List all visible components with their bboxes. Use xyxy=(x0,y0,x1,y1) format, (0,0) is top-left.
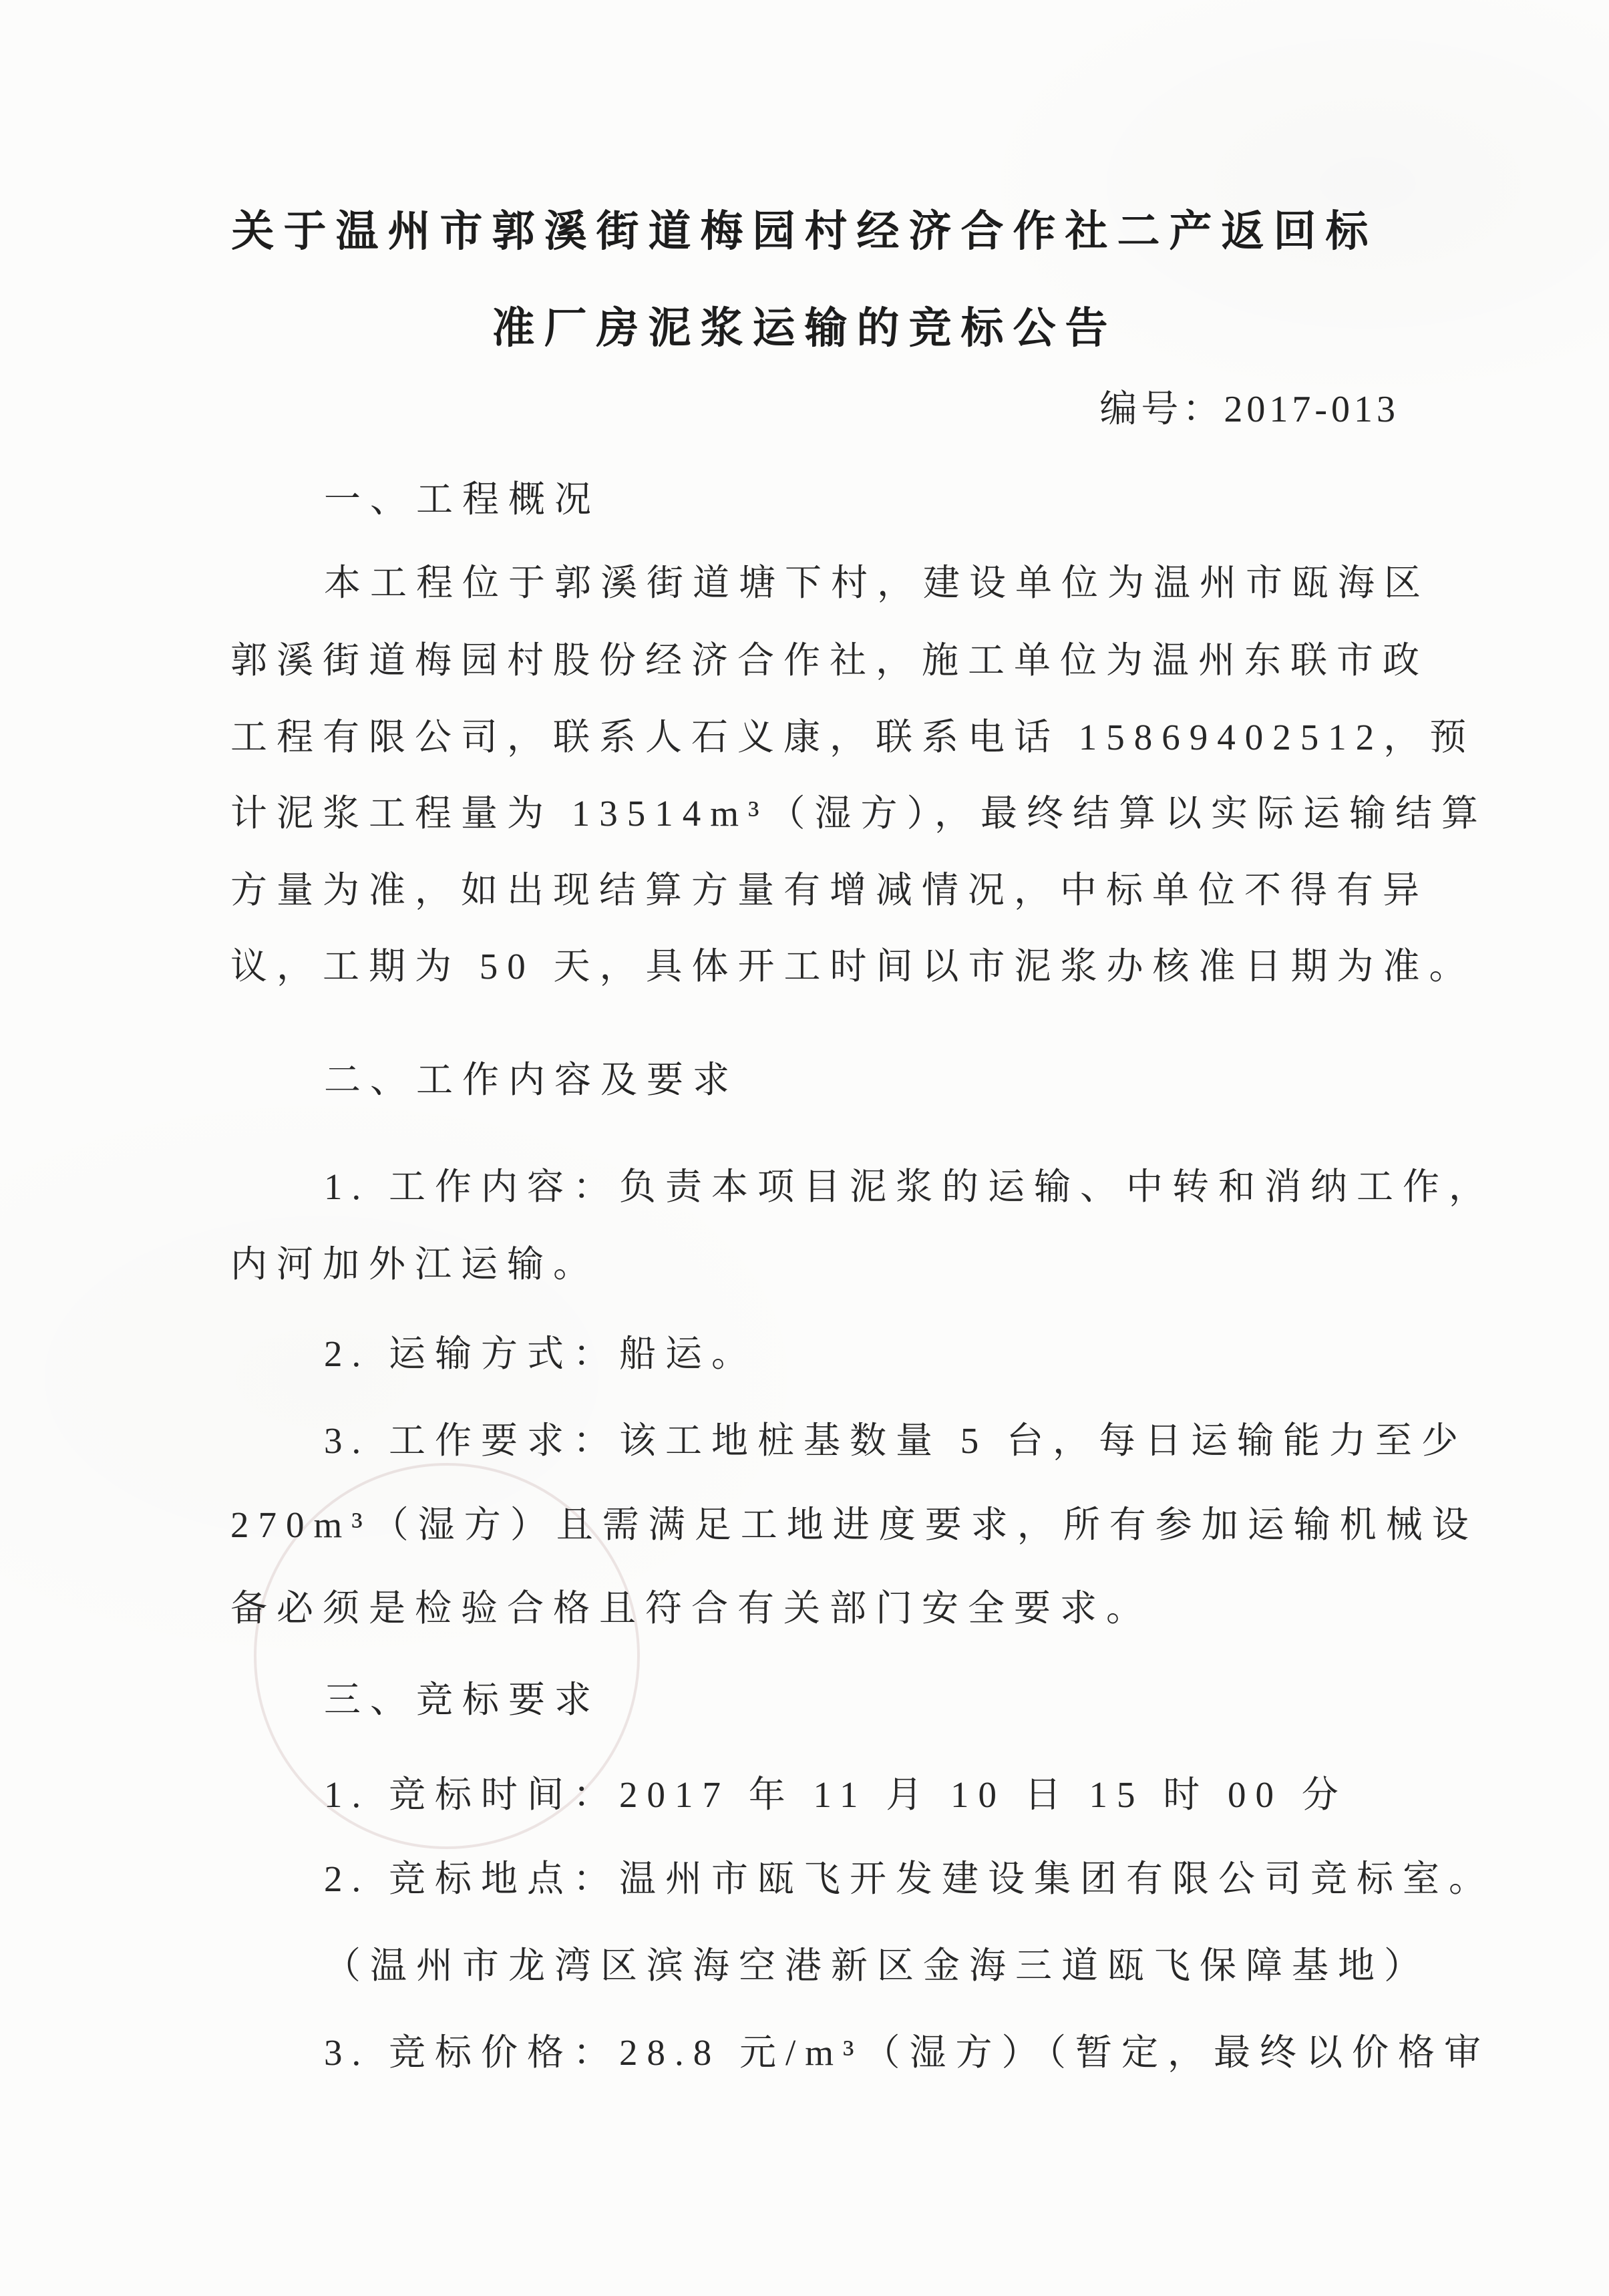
section1-paragraph-line: 计泥浆工程量为 13514m³（湿方），最终结算以实际运输结算 xyxy=(230,784,1487,836)
section1-paragraph-line: 工程有限公司，联系人石义康，联系电话 15869402512，预 xyxy=(230,707,1475,760)
section3-item1-line: 1. 竞标时间：2017 年 11 月 10 日 15 时 00 分 xyxy=(230,1765,1348,1818)
section1-paragraph-line: 方量为准，如出现结算方量有增减情况，中标单位不得有异 xyxy=(230,860,1429,913)
section2-item3-line: 备必须是检验合格且符合有关部门安全要求。 xyxy=(230,1579,1152,1631)
section2-item3-line: 270m³（湿方）且需满足工地进度要求，所有参加运输机械设 xyxy=(230,1495,1478,1548)
section1-paragraph-line: 议，工期为 50 天，具体开工时间以市泥浆办核准日期为准。 xyxy=(230,937,1475,989)
document-number: 编号：2017-013 xyxy=(1099,379,1399,433)
section1-paragraph-line: 本工程位于郭溪街道塘下村，建设单位为温州市瓯海区 xyxy=(230,553,1430,606)
section2-item3-line: 3. 工作要求：该工地桩基数量 5 台，每日运输能力至少 xyxy=(230,1411,1467,1464)
section3-item2-line: 2. 竞标地点：温州市瓯飞开发建设集团有限公司竞标室。 xyxy=(230,1849,1495,1902)
section2-item1-line: 1. 工作内容：负责本项目泥浆的运输、中转和消纳工作， xyxy=(230,1157,1495,1210)
section1-paragraph-line: 郭溪街道梅园村股份经济合作社，施工单位为温州东联市政 xyxy=(230,631,1429,683)
document-title-line-2: 准厂房泥浆运输的竞标公告 xyxy=(0,294,1609,355)
section3-item3-line: 3. 竞标价格：28.8 元/m³（湿方）（暂定，最终以价格审 xyxy=(230,2023,1490,2076)
section2-item1-line: 内河加外江运输。 xyxy=(230,1235,599,1287)
scanned-document-page: 关于温州市郭溪街道梅园村经济合作社二产返回标 准厂房泥浆运输的竞标公告 编号：2… xyxy=(0,0,1609,2296)
section2-item2-line: 2. 运输方式：船运。 xyxy=(230,1324,757,1377)
section2-heading: 二、工作内容及要求 xyxy=(230,1050,739,1103)
document-title-line-1: 关于温州市郭溪街道梅园村经济合作社二产返回标 xyxy=(0,197,1609,259)
section3-heading: 三、竞标要求 xyxy=(230,1670,600,1723)
section1-heading: 一、工程概况 xyxy=(230,470,600,522)
section3-item2-line: （温州市龙湾区滨海空港新区金海三道瓯飞保障基地） xyxy=(230,1936,1430,1989)
